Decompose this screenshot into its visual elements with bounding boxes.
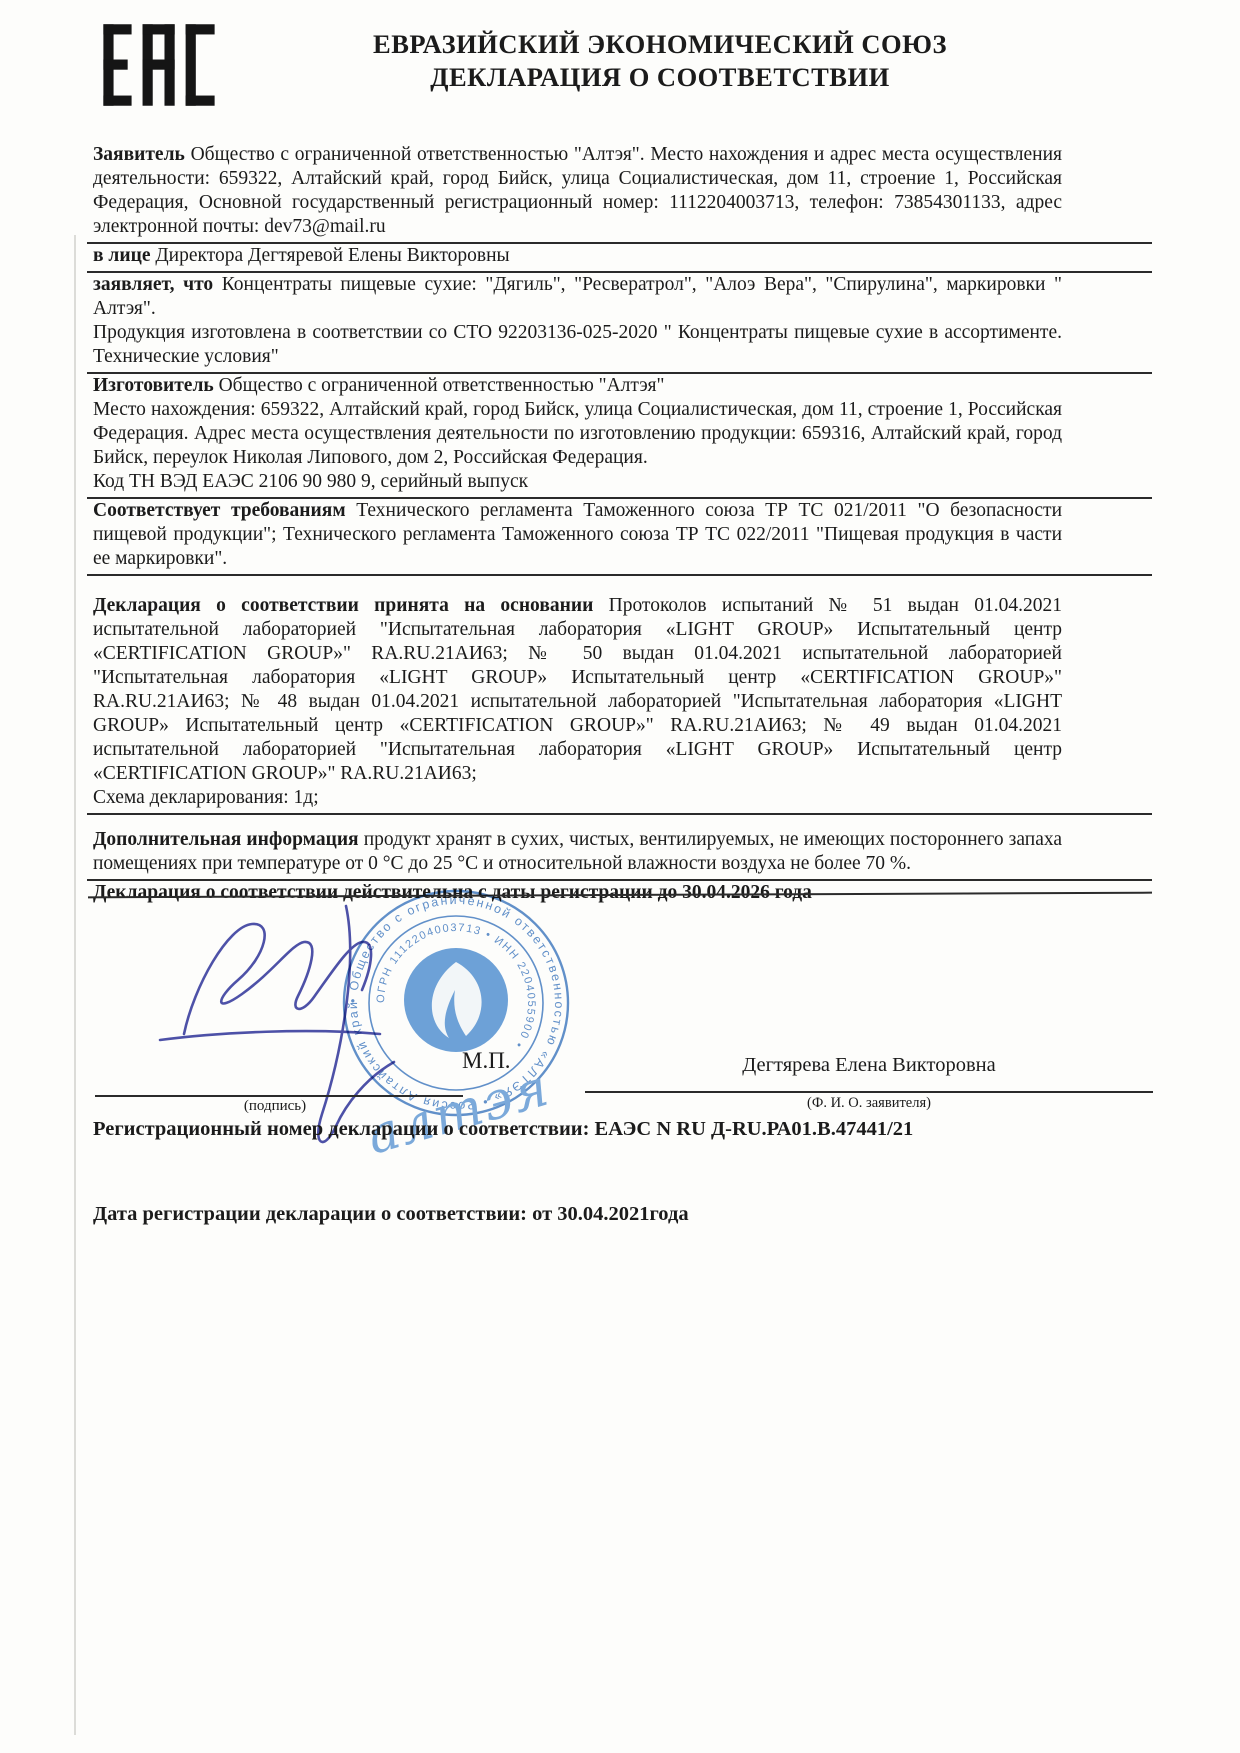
person-text: Директора Дегтяревой Елены Викторовны: [155, 245, 509, 266]
title-line-2: ДЕКЛАРАЦИЯ О СООТВЕТСТВИИ: [270, 61, 1050, 94]
declaration-subject-section: заявляет, что Концентраты пищевые сухие:…: [87, 273, 1152, 374]
basis-label: Декларация о соответствии принята на осн…: [93, 595, 593, 616]
page-title: ЕВРАЗИЙСКИЙ ЭКОНОМИЧЕСКИЙ СОЮЗ ДЕКЛАРАЦИ…: [270, 28, 1050, 94]
compliance-section: Соответствует требованиям Технического р…: [87, 499, 1152, 576]
company-stamp: • Общество с ограниченной ответственност…: [330, 872, 582, 1202]
declares-text: Концентраты пищевые сухие: "Дягиль", "Ре…: [93, 274, 1062, 319]
signature-caption: (подпись): [140, 1098, 410, 1115]
manufacturer-label: Изготовитель: [93, 375, 214, 396]
tnved-code: Код ТН ВЭД ЕАЭС 2106 90 980 9, серийный …: [93, 470, 1062, 494]
stamp-place-label: М.П.: [462, 1048, 511, 1074]
additional-info-section: Дополнительная информация продукт хранят…: [87, 828, 1152, 881]
declares-label: заявляет, что: [93, 274, 213, 295]
title-line-1: ЕВРАЗИЙСКИЙ ЭКОНОМИЧЕСКИЙ СОЮЗ: [270, 28, 1050, 61]
document-body: Заявитель Общество с ограниченной ответс…: [93, 143, 1062, 908]
applicant-name-caption: (Ф. И. О. заявителя): [585, 1093, 1153, 1112]
applicant-label: Заявитель: [93, 144, 185, 165]
compliance-label: Соответствует требованиям: [93, 500, 346, 521]
manufacturer-section: Изготовитель Общество с ограниченной отв…: [87, 374, 1152, 499]
basis-section: Декларация о соответствии принята на осн…: [87, 594, 1152, 815]
additional-label: Дополнительная информация: [93, 829, 359, 850]
scan-edge-artifact: [74, 235, 76, 1735]
eac-logo-icon: [100, 18, 218, 117]
production-standard-text: Продукция изготовлена в соответствии со …: [93, 321, 1062, 369]
applicant-name-block: Дегтярева Елена Викторовна (Ф. И. О. зая…: [585, 1054, 1153, 1112]
basis-text: Протоколов испытаний № 51 выдан 01.04.20…: [93, 595, 1062, 784]
declaration-document: ЕВРАЗИЙСКИЙ ЭКОНОМИЧЕСКИЙ СОЮЗ ДЕКЛАРАЦИ…: [0, 0, 1240, 1753]
applicant-full-name: Дегтярева Елена Викторовна: [585, 1054, 1153, 1093]
signature-line: (подпись): [95, 1095, 463, 1115]
registration-number-line: Регистрационный номер декларации о соотв…: [93, 1118, 913, 1141]
registration-date-line: Дата регистрации декларации о соответств…: [93, 1203, 689, 1226]
manufacturer-name: Общество с ограниченной ответственностью…: [219, 375, 665, 396]
manufacturer-address: Место нахождения: 659322, Алтайский край…: [93, 398, 1062, 470]
person-label: в лице: [93, 245, 150, 266]
person-section: в лице Директора Дегтяревой Елены Виктор…: [87, 244, 1152, 273]
declaration-scheme: Схема декларирования: 1д;: [93, 786, 1062, 810]
applicant-section: Заявитель Общество с ограниченной ответс…: [87, 143, 1152, 244]
applicant-text: Общество с ограниченной ответственностью…: [93, 144, 1062, 237]
